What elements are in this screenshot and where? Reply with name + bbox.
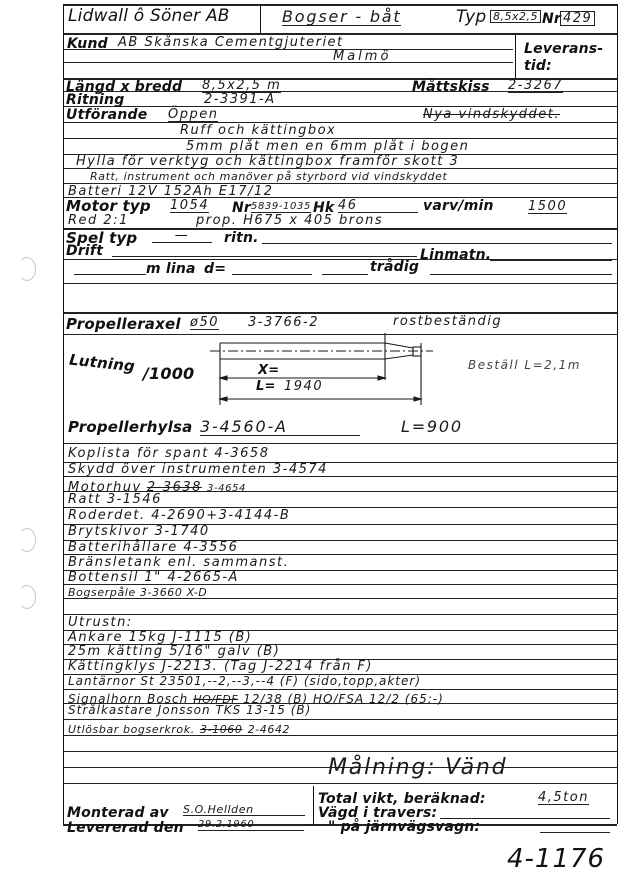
monterad-value: S.O.Hellden: [183, 804, 305, 816]
kund-city: Malmö: [333, 50, 391, 63]
punch-hole: [18, 257, 36, 281]
lutning-value: /1000: [143, 366, 194, 382]
drift-label: Drift: [66, 244, 103, 258]
part-row: Bränsletank enl. sammanst.: [68, 556, 289, 569]
vagd-label: Vägd i travers:: [318, 806, 437, 820]
spel-value: —: [152, 229, 212, 243]
nr-label: Nr: [542, 12, 561, 26]
part-row: Roderdet. 4-2690+3-4144-B: [68, 509, 290, 522]
linmatn-field: [490, 248, 612, 261]
part-row: Batterihållare 4-3556: [68, 541, 238, 554]
tradig-field: [322, 262, 368, 275]
rule: [63, 283, 617, 284]
part-row: Koplista för spant 4-3658: [68, 447, 269, 460]
equipment-row: 25m kätting 5/16" galv (B): [68, 645, 280, 658]
company-name: Lidwall ô Söner AB: [68, 8, 230, 25]
paint-note: Målning: Vänd: [328, 757, 507, 779]
rule: [63, 783, 617, 784]
divider: [515, 33, 516, 78]
leverans-tid-label: tid:: [524, 59, 552, 73]
leverans-label: Leverans-: [524, 42, 603, 56]
propellerhylsa-label: Propellerhylsa: [68, 420, 192, 435]
x-label: X=: [258, 364, 279, 377]
linmatn-label: Linmatn.: [420, 248, 491, 262]
typ-value: 8,5x2,5: [490, 10, 541, 23]
rule: [63, 62, 513, 63]
equipment-after: 2-4642: [248, 723, 291, 736]
mattskiss-value: 2-3267: [508, 79, 563, 93]
jarnvag-label: " på järnvägsvagn:: [328, 820, 480, 834]
part-row: Skydd över instrumenten 3-4574: [68, 463, 328, 476]
equipment-row: Kättingklys J-2213. (Tag J-2214 från F): [68, 660, 373, 673]
propelleraxel-dia: ø50: [190, 316, 219, 330]
rule: [63, 312, 617, 314]
rule: [63, 614, 617, 615]
mattskiss-label: Måttskiss: [412, 80, 490, 94]
varv-label: varv/min: [423, 199, 494, 213]
d-field: [232, 262, 312, 275]
prop-value: prop. H675 x 405 brons: [196, 214, 383, 227]
kund-label: Kund: [67, 37, 108, 51]
equipment-label: Utrustn:: [68, 616, 133, 629]
equipment-struck: 3-1060: [200, 723, 243, 736]
levererad-value: 29.2.1960: [198, 820, 304, 831]
red-value: Red 2:1: [68, 214, 129, 227]
equipment-row: Lantärnor St 23501,--2,--3,--4 (F) (sido…: [68, 675, 421, 687]
kund-value: AB Skånska Cementgjuteriet: [118, 36, 344, 50]
levererad-label: Levererad den: [67, 821, 184, 835]
vagd-field: [440, 806, 610, 819]
motor-nr: 5839-1035: [251, 202, 311, 213]
equipment-row: Utlösbar bogserkrok. 3-1060 2-4642: [68, 720, 290, 736]
note-line1: Hylla för verktyg och kättingbox framför…: [76, 155, 459, 168]
document-number: 4-1176: [507, 846, 605, 872]
typ-label: Typ: [456, 9, 486, 26]
utforande-line2: Ruff och kättingbox: [180, 124, 336, 137]
ritning-label: Ritning: [66, 93, 124, 107]
nr-value: 429: [560, 11, 595, 26]
drift-field: [112, 244, 417, 257]
ritning-value: 2-3391-A: [204, 93, 276, 106]
motor-label: Motor typ: [66, 199, 151, 214]
propellerhylsa-l: L=900: [401, 419, 463, 435]
part-row: Ratt 3-1546: [68, 493, 162, 506]
lina-label: m lina: [146, 262, 196, 276]
punch-hole: [18, 585, 36, 609]
ritn-field: [262, 231, 612, 244]
equipment-row: Strålkastare Jonsson TKS 13-15 (B): [68, 704, 311, 716]
boat-type: Bogser - båt: [282, 9, 401, 26]
bestall-note: Beställ L=2,1m: [468, 359, 581, 371]
l-label: L=: [256, 380, 276, 393]
divider: [313, 786, 314, 824]
monterad-label: Monterad av: [67, 806, 169, 820]
divider: [260, 4, 261, 33]
tradig-label: trådig: [370, 260, 419, 274]
equipment-text: Utlösbar bogserkrok.: [68, 723, 195, 736]
utforande-struck: Nya vindskyddet.: [423, 108, 560, 121]
langd-value: 8,5x2,5 m: [202, 79, 281, 93]
varv-value: 1500: [528, 200, 567, 214]
punch-hole: [18, 528, 36, 552]
total-vikt-label: Total vikt, beräknad:: [318, 792, 486, 806]
rule: [63, 228, 617, 230]
note-line2: Ratt, instrument och manöver på styrbord…: [90, 171, 447, 182]
lina-field: [74, 262, 146, 275]
rule: [63, 751, 617, 752]
propelleraxel-nr: 3-3766-2: [248, 316, 319, 329]
l-value: 1940: [284, 380, 323, 393]
equipment-row: Ankare 15kg J-1115 (B): [68, 631, 252, 644]
propeller-shaft-drawing: [205, 333, 445, 408]
utforande-line3: 5mm plåt men en 6mm plåt i bogen: [186, 140, 469, 153]
motor-typ: 1054: [170, 199, 209, 213]
propelleraxel-label: Propelleraxel: [66, 317, 181, 332]
part-after: 3-4654: [207, 483, 246, 494]
rule: [63, 443, 617, 444]
jarnvag-field: [540, 822, 610, 833]
hk-value: 46: [338, 199, 418, 213]
utforande-label: Utförande: [66, 108, 147, 122]
ritn-label: ritn.: [224, 231, 259, 245]
tradig-extra-field: [430, 262, 612, 275]
utforande-value: Öppen: [168, 108, 218, 122]
part-row: Brytskivor 3-1740: [68, 525, 210, 538]
part-row: Bottensil 1" 4-2665-A: [68, 571, 239, 584]
propellerhylsa-nr: 3-4560-A: [200, 419, 360, 436]
d-label: d=: [204, 262, 226, 276]
propelleraxel-material: rostbeständig: [393, 315, 502, 328]
part-row: Bogserpåle 3-3660 X-D: [68, 587, 207, 598]
total-vikt-value: 4,5ton: [538, 791, 589, 805]
